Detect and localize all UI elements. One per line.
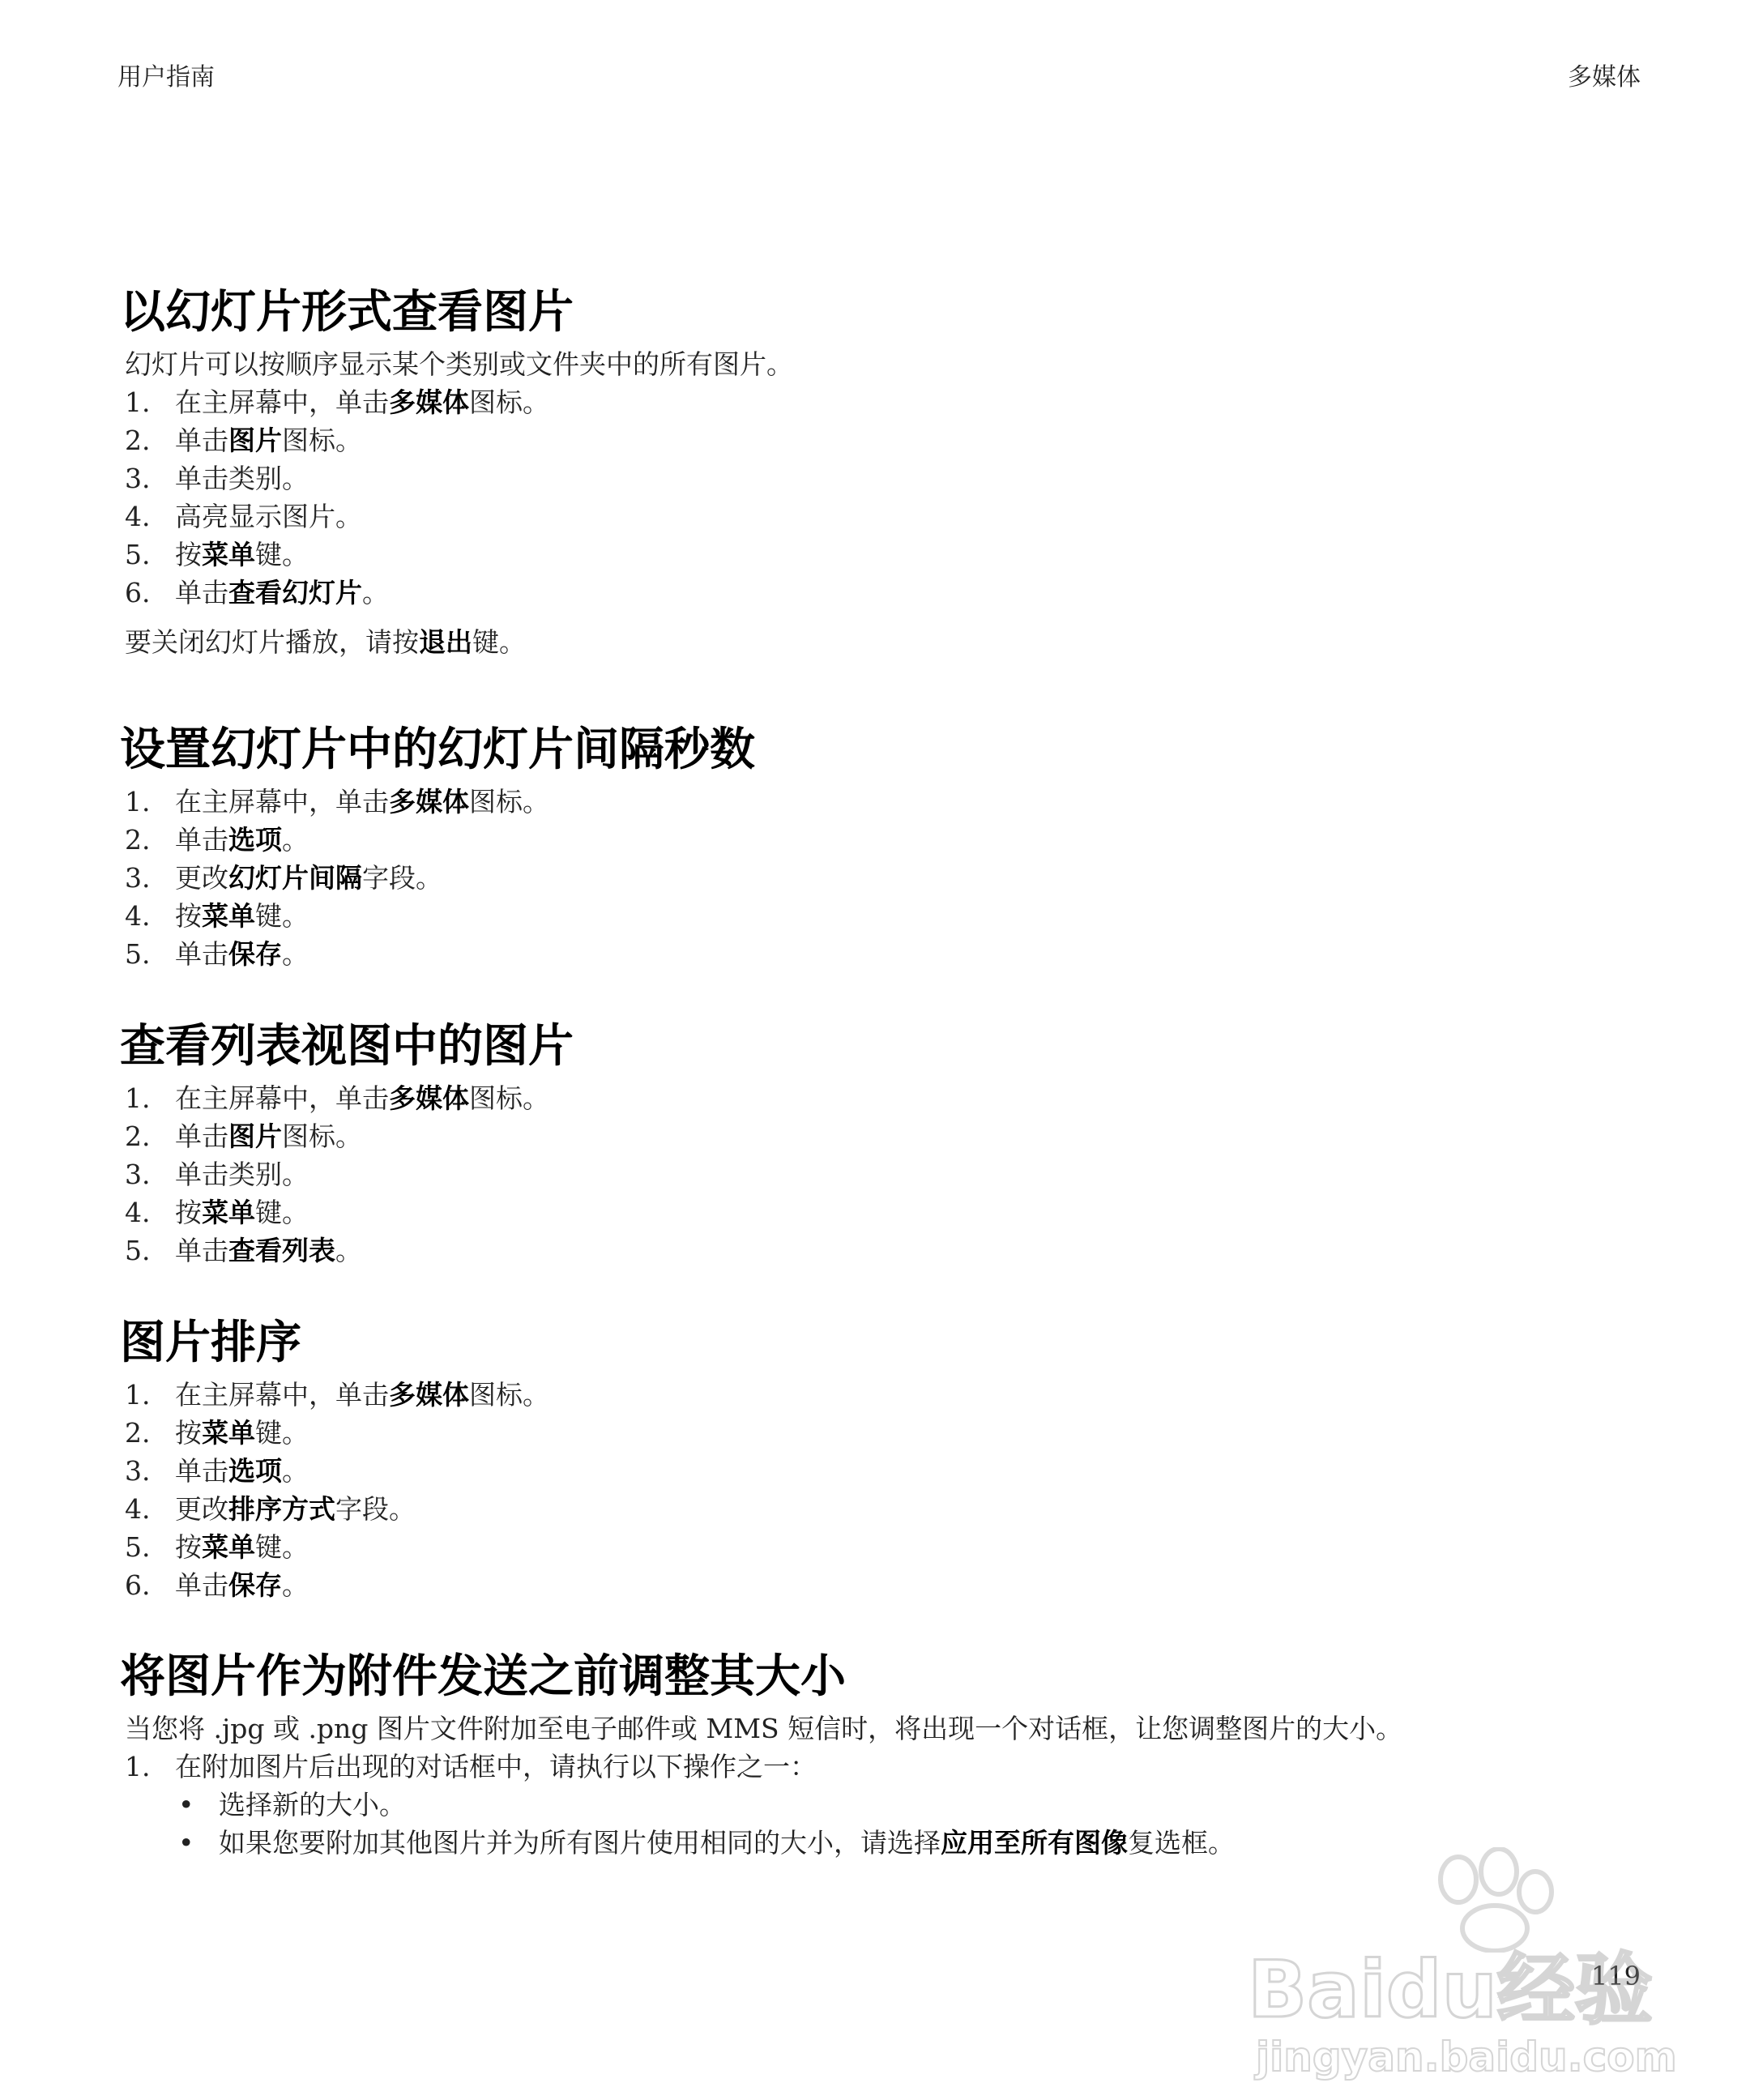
step-item: 5.单击保存。 [120, 935, 1659, 973]
step-item: 5.按菜单键。 [120, 536, 1659, 574]
section-slideshow: 以幻灯片形式查看图片 幻灯片可以按顺序显示某个类别或文件夹中的所有图片。 1.在… [120, 284, 1659, 661]
section-intro: 当您将 .jpg 或 .png 图片文件附加至电子邮件或 MMS 短信时，将出现… [125, 1709, 1659, 1748]
step-item: 4.按菜单键。 [120, 1193, 1659, 1231]
steps-list: 1.在附加图片后出现的对话框中，请执行以下操作之一： [120, 1748, 1659, 1786]
watermark-brand: Baidu经验 [1248, 1928, 1653, 2039]
section-slideshow-interval: 设置幻灯片中的幻灯片间隔秒数 1.在主屏幕中，单击多媒体图标。 2.单击选项。 … [120, 721, 1659, 973]
section-resize-attachment: 将图片作为附件发送之前调整其大小 当您将 .jpg 或 .png 图片文件附加至… [120, 1648, 1659, 1862]
step-item: 1.在附加图片后出现的对话框中，请执行以下操作之一： [120, 1748, 1659, 1786]
steps-list: 1.在主屏幕中，单击多媒体图标。 2.按菜单键。 3.单击选项。 4.更改排序方… [120, 1376, 1659, 1604]
step-item: 2.按菜单键。 [120, 1414, 1659, 1452]
step-item: 1.在主屏幕中，单击多媒体图标。 [120, 1376, 1659, 1414]
section-title: 图片排序 [120, 1314, 1659, 1372]
step-item: 5.单击查看列表。 [120, 1231, 1659, 1270]
step-item: 1.在主屏幕中，单击多媒体图标。 [120, 783, 1659, 821]
section-title: 以幻灯片形式查看图片 [120, 284, 1659, 342]
baidu-watermark: Baidu经验 jingyan.baidu.com [1248, 1847, 1669, 2090]
step-item: 3.单击选项。 [120, 1452, 1659, 1490]
section-title: 查看列表视图中的图片 [120, 1018, 1659, 1076]
step-item: 1.在主屏幕中，单击多媒体图标。 [120, 383, 1659, 421]
section-title: 设置幻灯片中的幻灯片间隔秒数 [120, 721, 1659, 779]
steps-list: 1.在主屏幕中，单击多媒体图标。 2.单击图片图标。 3.单击类别。 4.按菜单… [120, 1079, 1659, 1270]
bullet-item: •选择新的大小。 [175, 1786, 1659, 1824]
section-intro: 幻灯片可以按顺序显示某个类别或文件夹中的所有图片。 [125, 345, 1659, 383]
steps-list: 1.在主屏幕中，单击多媒体图标。 2.单击选项。 3.更改幻灯片间隔字段。 4.… [120, 783, 1659, 973]
step-item: 4.更改排序方式字段。 [120, 1490, 1659, 1528]
steps-list: 1.在主屏幕中，单击多媒体图标。 2.单击图片图标。 3.单击类别。 4.高亮显… [120, 383, 1659, 612]
section-list-view: 查看列表视图中的图片 1.在主屏幕中，单击多媒体图标。 2.单击图片图标。 3.… [120, 1018, 1659, 1270]
step-item: 5.按菜单键。 [120, 1528, 1659, 1566]
step-item: 6.单击查看幻灯片。 [120, 574, 1659, 612]
step-item: 3.单击类别。 [120, 1155, 1659, 1193]
running-header-left: 用户指南 [117, 57, 215, 92]
step-item: 2.单击图片图标。 [120, 1117, 1659, 1155]
section-note: 要关闭幻灯片播放，请按退出键。 [125, 623, 1659, 661]
step-item: 3.更改幻灯片间隔字段。 [120, 859, 1659, 897]
step-item: 2.单击图片图标。 [120, 421, 1659, 459]
running-header-right: 多媒体 [1568, 57, 1641, 92]
step-item: 4.按菜单键。 [120, 897, 1659, 935]
step-item: 6.单击保存。 [120, 1566, 1659, 1604]
step-item: 4.高亮显示图片。 [120, 497, 1659, 536]
step-item: 2.单击选项。 [120, 821, 1659, 859]
watermark-url: jingyan.baidu.com [1256, 2034, 1677, 2081]
step-item: 1.在主屏幕中，单击多媒体图标。 [120, 1079, 1659, 1117]
section-sort-pictures: 图片排序 1.在主屏幕中，单击多媒体图标。 2.按菜单键。 3.单击选项。 4.… [120, 1314, 1659, 1604]
section-title: 将图片作为附件发送之前调整其大小 [120, 1648, 1659, 1706]
step-item: 3.单击类别。 [120, 459, 1659, 497]
